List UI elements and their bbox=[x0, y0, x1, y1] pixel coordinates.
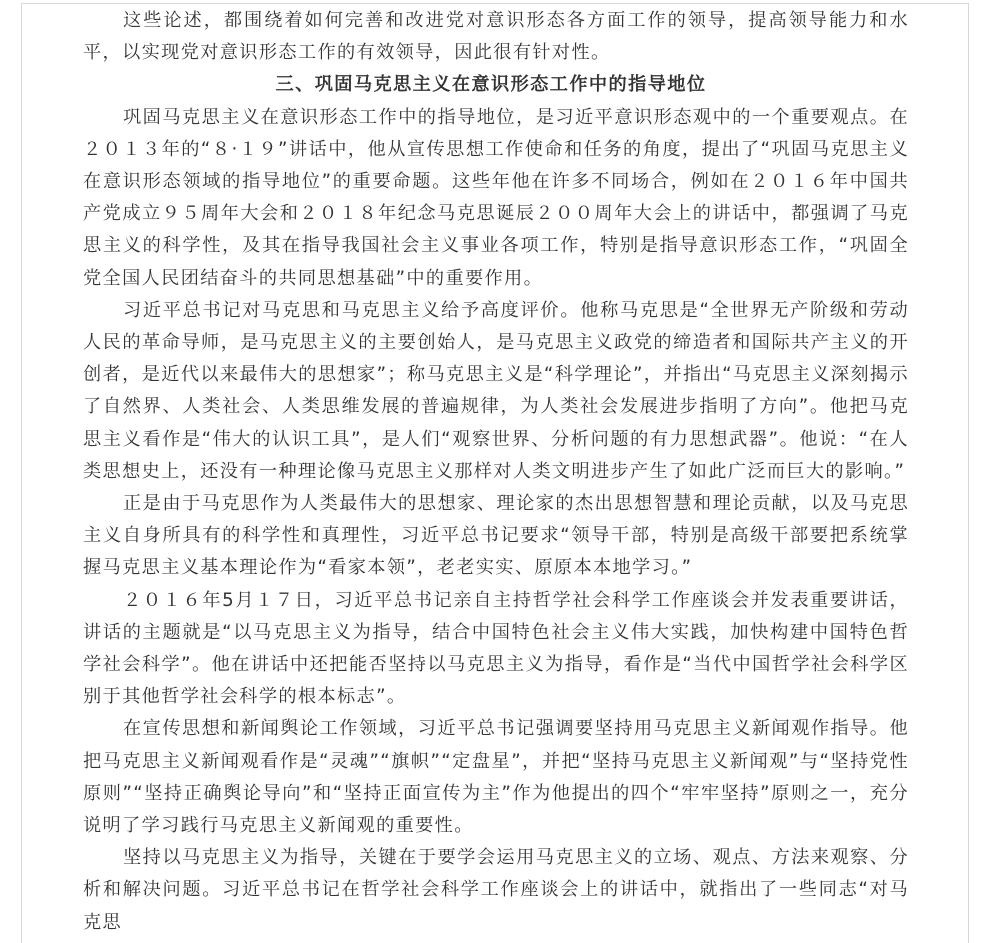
paragraph-symposium-2016: ２０１６年5月１７日，习近平总书记亲自主持哲学社会科学工作座谈会并发表重要讲话，… bbox=[83, 585, 909, 714]
paragraph-journalism-view: 在宣传思想和新闻舆论工作领域，习近平总书记强调要坚持用马克思主义新闻观作指导。他… bbox=[83, 713, 909, 842]
paragraph-intro-conclusion: 这些论述，都围绕着如何完善和改进党对意识形态各方面工作的领导，提高领导能力和水平… bbox=[83, 5, 909, 69]
paragraph-evaluation-of-marx: 习近平总书记对马克思和马克思主义给予高度评价。他称马克思是“全世界无产阶级和劳动… bbox=[83, 295, 909, 488]
paragraph-study-requirement: 正是由于马克思作为人类最伟大的思想家、理论家的杰出思想智慧和理论贡献，以及马克思… bbox=[83, 488, 909, 585]
paragraph-methodology: 坚持以马克思主义为指导，关键在于要学会运用马克思主义的立场、观点、方法来观察、分… bbox=[83, 842, 909, 925]
document-content: 这些论述，都围绕着如何完善和改进党对意识形态各方面工作的领导，提高领导能力和水平… bbox=[83, 5, 909, 925]
paragraph-guiding-position: 巩固马克思主义在意识形态工作中的指导地位，是习近平意识形态观中的一个重要观点。在… bbox=[83, 102, 909, 295]
document-page: 这些论述，都围绕着如何完善和改进党对意识形态各方面工作的领导，提高领导能力和水平… bbox=[21, 3, 969, 925]
section-heading: 三、巩固马克思主义在意识形态工作中的指导地位 bbox=[83, 69, 909, 101]
